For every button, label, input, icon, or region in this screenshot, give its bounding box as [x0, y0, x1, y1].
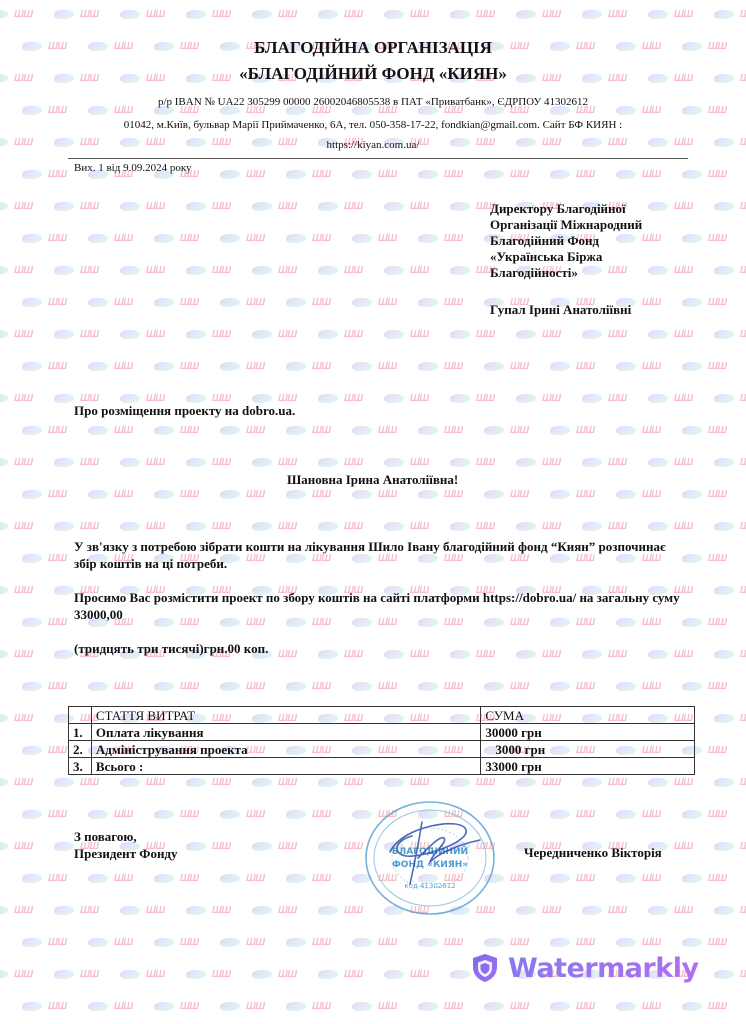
table-row: 1. Оплата лікування 30000 грн [69, 724, 695, 741]
addressee-name: Гупал Ірині Анатоліївні [490, 302, 631, 318]
addressee-line: Благодійності» [490, 265, 700, 281]
row-amount: 3000 грн [481, 741, 695, 758]
body-paragraph-1: У зв'язку з потребою зібрати кошти на лі… [74, 538, 684, 572]
addressee-line: Благодійний Фонд [490, 233, 700, 249]
greeting: Шановна Ірина Анатоліївна! [287, 472, 458, 488]
addressee-line: Організації Міжнародний [490, 217, 700, 233]
letter-page: БЛАГОДІЙНА ОРГАНІЗАЦІЯ «БЛАГОДІЙНИЙ ФОНД… [0, 0, 746, 1024]
watermarkly-brand-text: Watermarkly [508, 953, 699, 984]
table-header-row: СТАТТЯ ВИТРАТ СУМА [69, 707, 695, 724]
organization-stamp-icon: БЛАГОДІЙНИЙ ФОНД «КИЯН» код 41302612 [362, 796, 498, 916]
row-amount: 30000 грн [481, 724, 695, 741]
row-item: Адміністрування проекта [91, 741, 480, 758]
row-number: 2. [69, 741, 92, 758]
letter-subject: Про розміщення проекту на dobro.ua. [74, 403, 295, 419]
row-amount: 33000 грн [481, 758, 695, 775]
closing-regards: З повагою, [74, 828, 178, 845]
row-item: Оплата лікування [91, 724, 480, 741]
shield-icon [470, 952, 500, 984]
signer-title: Президент Фонду [74, 845, 178, 862]
column-header-amount: СУМА [481, 707, 695, 724]
bank-details: р/р IBAN № UA22 305299 00000 26002046805… [0, 96, 746, 108]
column-header-item: СТАТТЯ ВИТРАТ [91, 707, 480, 724]
row-item: Всього : [91, 758, 480, 775]
row-number: 3. [69, 758, 92, 775]
addressee-line: «Українська Біржа [490, 249, 700, 265]
svg-text:код 41302612: код 41302612 [404, 882, 455, 890]
website-link: https://kiyan.com.ua/ [0, 139, 746, 151]
watermarkly-badge: Watermarkly [470, 952, 699, 984]
addressee-block: Директору Благодійної Організації Міжнар… [490, 201, 700, 281]
closing-block: З повагою, Президент Фонду [74, 828, 178, 862]
table-row: 2. Адміністрування проекта 3000 грн [69, 741, 695, 758]
org-name-heading: «БЛАГОДІЙНИЙ ФОНД «КИЯН» [0, 64, 746, 84]
header-divider [68, 158, 688, 159]
addressee-line: Директору Благодійної [490, 201, 700, 217]
table-row: 3. Всього : 33000 грн [69, 758, 695, 775]
org-type-heading: БЛАГОДІЙНА ОРГАНІЗАЦІЯ [0, 38, 746, 58]
row-number: 1. [69, 724, 92, 741]
expenses-table: СТАТТЯ ВИТРАТ СУМА 1. Оплата лікування 3… [68, 706, 695, 775]
body-paragraph-3: (тридцять три тисячі)грн.00 коп. [74, 640, 684, 657]
column-header-number [69, 707, 92, 724]
signer-name: Чередниченко Вікторія [524, 845, 662, 861]
body-paragraph-2: Просимо Вас розмістити проект по збору к… [74, 589, 684, 623]
outgoing-number: Вих. 1 від 9.09.2024 року [74, 162, 192, 174]
address-contacts: 01042, м.Київ, бульвар Марії Приймаченко… [0, 119, 746, 131]
